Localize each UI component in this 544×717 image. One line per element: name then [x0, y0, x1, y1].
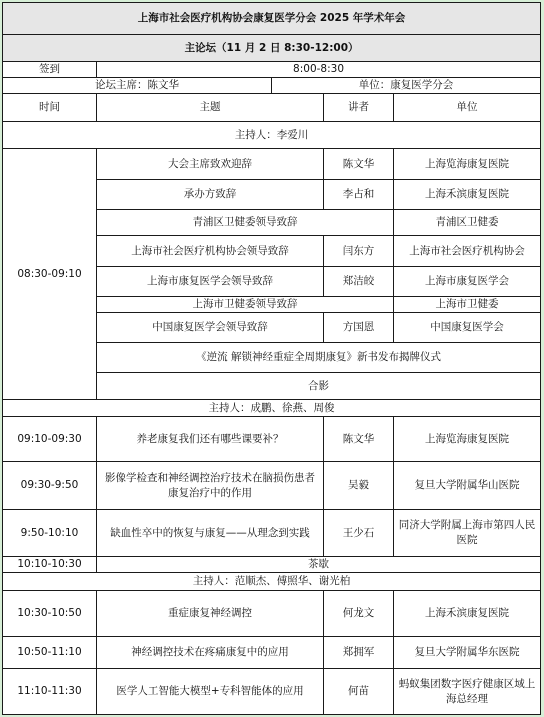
header-unit: 单位 — [394, 94, 541, 122]
time: 10:30-10:50 — [3, 591, 97, 637]
session2-host: 主持人：成鹏、徐燕、周俊 — [3, 400, 541, 417]
header-time: 时间 — [3, 94, 97, 122]
subtitle-row: 主论坛（11 月 2 日 8:30-12:00） — [3, 35, 541, 62]
topic: 大会主席致欢迎辞 — [97, 149, 324, 180]
speaker: 方国恩 — [324, 313, 394, 343]
speaker: 何苗 — [324, 669, 394, 715]
topic: 中国康复医学会领导致辞 — [97, 313, 324, 343]
speaker: 李占和 — [324, 180, 394, 210]
forum-chair-row: 论坛主席：陈文华 单位：康复医学分会 — [3, 78, 541, 94]
topic: 承办方致辞 — [97, 180, 324, 210]
speaker: 王少石 — [324, 510, 394, 557]
table-row: 10:30-10:50 重症康复神经调控 何龙文 上海禾滨康复医院 — [3, 591, 541, 637]
unit: 上海禾滨康复医院 — [394, 180, 541, 210]
table-row: 08:30-09:10 大会主席致欢迎辞 陈文华 上海览海康复医院 — [3, 149, 541, 180]
table-row: 09:30-9:50 影像学检查和神经调控治疗技术在脑损伤患者康复治疗中的作用 … — [3, 462, 541, 510]
host-row: 主持人：范顺杰、傅照华、谢光柏 — [3, 573, 541, 591]
header-speaker: 讲者 — [324, 94, 394, 122]
unit: 青浦区卫健委 — [394, 210, 541, 236]
unit: 上海览海康复医院 — [394, 417, 541, 462]
unit: 上海市康复医学会 — [394, 267, 541, 297]
topic: 上海市康复医学会领导致辞 — [97, 267, 324, 297]
unit: 上海禾滨康复医院 — [394, 591, 541, 637]
tea-break-label: 茶歇 — [97, 557, 541, 573]
unit: 蚂蚁集团数字医疗健康区域上海总经理 — [394, 669, 541, 715]
speaker: 陈文华 — [324, 417, 394, 462]
unit: 复旦大学附属华东医院 — [394, 637, 541, 669]
time: 10:50-11:10 — [3, 637, 97, 669]
topic: 重症康复神经调控 — [97, 591, 324, 637]
topic: 青浦区卫健委领导致辞 — [97, 210, 394, 236]
forum-chair-unit: 单位：康复医学分会 — [272, 78, 541, 94]
topic: 神经调控技术在疼痛康复中的应用 — [97, 637, 324, 669]
time: 09:30-9:50 — [3, 462, 97, 510]
forum-chair: 论坛主席：陈文华 — [3, 78, 272, 94]
time: 11:10-11:30 — [3, 669, 97, 715]
speaker: 郑洁皎 — [324, 267, 394, 297]
unit: 同济大学附属上海市第四人民医院 — [394, 510, 541, 557]
tea-break-row: 10:10-10:30 茶歇 — [3, 557, 541, 573]
forum-subtitle: 主论坛（11 月 2 日 8:30-12:00） — [3, 35, 541, 62]
table-row: 09:10-09:30 养老康复我们还有哪些课要补？ 陈文华 上海览海康复医院 — [3, 417, 541, 462]
header-row: 时间 主题 讲者 单位 — [3, 94, 541, 122]
speaker: 吴毅 — [324, 462, 394, 510]
time: 09:10-09:30 — [3, 417, 97, 462]
header-topic: 主题 — [97, 94, 324, 122]
host-row: 主持人：成鹏、徐燕、周俊 — [3, 400, 541, 417]
group-photo: 合影 — [97, 373, 541, 400]
unit: 上海市社会医疗机构协会 — [394, 236, 541, 267]
time: 9:50-10:10 — [3, 510, 97, 557]
table-row: 10:50-11:10 神经调控技术在疼痛康复中的应用 郑拥军 复旦大学附属华东… — [3, 637, 541, 669]
unit: 复旦大学附属华山医院 — [394, 462, 541, 510]
title-row: 上海市社会医疗机构协会康复医学分会 2025 年学术年会 — [3, 3, 541, 35]
unit: 中国康复医学会 — [394, 313, 541, 343]
sign-in-label: 签到 — [3, 62, 97, 78]
topic: 影像学检查和神经调控治疗技术在脑损伤患者康复治疗中的作用 — [97, 462, 324, 510]
unit: 上海市卫健委 — [394, 297, 541, 313]
sign-in-time: 8:00-8:30 — [97, 62, 541, 78]
speaker: 郑拥军 — [324, 637, 394, 669]
speaker: 闫东方 — [324, 236, 394, 267]
document-title: 上海市社会医疗机构协会康复医学分会 2025 年学术年会 — [3, 3, 541, 35]
topic: 上海市社会医疗机构协会领导致辞 — [97, 236, 324, 267]
speaker: 陈文华 — [324, 149, 394, 180]
table-row: 11:10-11:30 医学人工智能大模型+专科智能体的应用 何苗 蚂蚁集团数字… — [3, 669, 541, 715]
agenda-table: 上海市社会医疗机构协会康复医学分会 2025 年学术年会 主论坛（11 月 2 … — [2, 2, 541, 715]
topic: 缺血性卒中的恢复与康复——从理念到实践 — [97, 510, 324, 557]
session3-host: 主持人：范顺杰、傅照华、谢光柏 — [3, 573, 541, 591]
session1-host: 主持人：李爱川 — [3, 122, 541, 149]
tea-break-time: 10:10-10:30 — [3, 557, 97, 573]
sign-in-row: 签到 8:00-8:30 — [3, 62, 541, 78]
session1-time: 08:30-09:10 — [3, 149, 97, 400]
topic: 上海市卫健委领导致辞 — [97, 297, 394, 313]
unit: 上海览海康复医院 — [394, 149, 541, 180]
host-row: 主持人：李爱川 — [3, 122, 541, 149]
topic: 医学人工智能大模型+专科智能体的应用 — [97, 669, 324, 715]
book-launch: 《逆流 解锁神经重症全周期康复》新书发布揭牌仪式 — [97, 343, 541, 373]
speaker: 何龙文 — [324, 591, 394, 637]
table-row: 9:50-10:10 缺血性卒中的恢复与康复——从理念到实践 王少石 同济大学附… — [3, 510, 541, 557]
topic: 养老康复我们还有哪些课要补？ — [97, 417, 324, 462]
